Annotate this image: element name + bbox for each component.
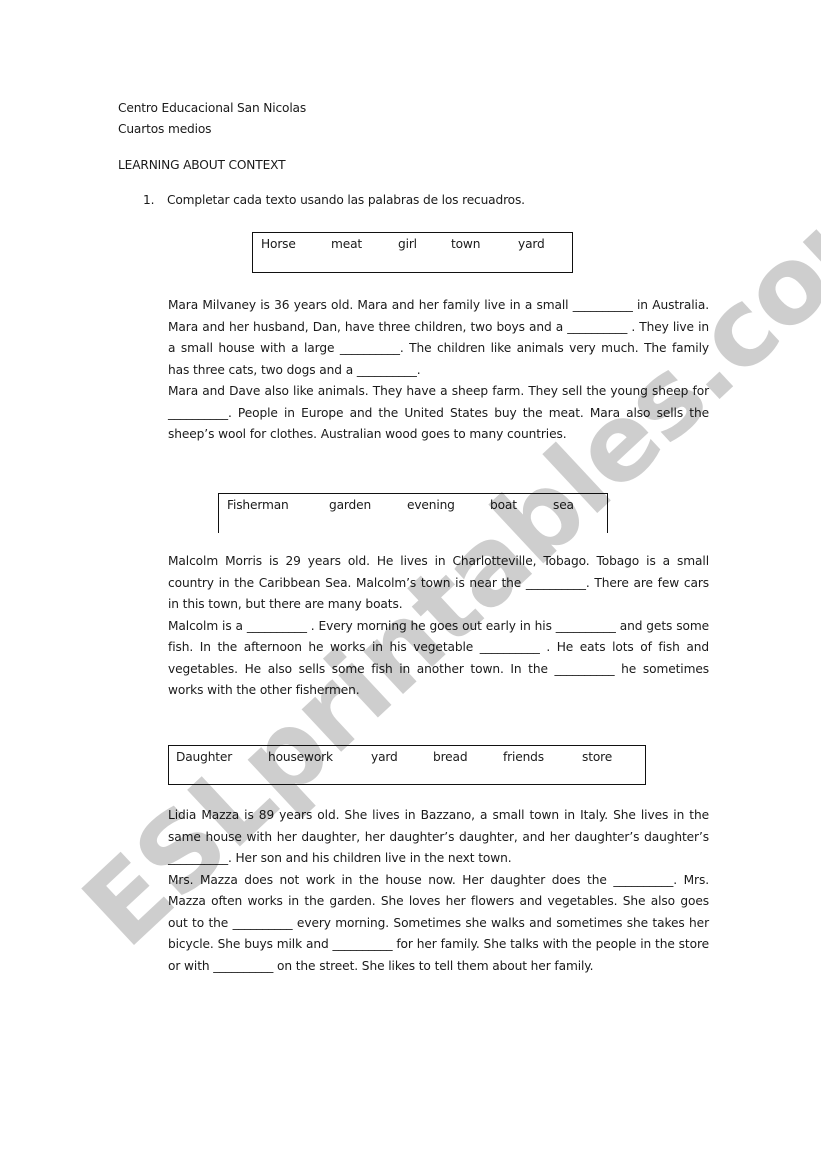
worksheet-title: LEARNING ABOUT CONTEXT <box>118 157 285 173</box>
instruction-number: 1. <box>143 192 167 208</box>
instruction-text: Completar cada texto usando las palabras… <box>167 193 525 207</box>
worksheet-page: Centro Educacional San Nicolas Cuartos m… <box>0 0 821 1169</box>
story-paragraph: Mara and Dave also like animals. They ha… <box>168 381 709 446</box>
instruction: 1.Completar cada texto usando las palabr… <box>143 192 525 208</box>
story-paragraph: Mara Milvaney is 36 years old. Mara and … <box>168 295 709 381</box>
word-bank-item: housework <box>268 749 333 765</box>
story-lidia: Lidia Mazza is 89 years old. She lives i… <box>168 805 709 977</box>
word-bank-item: Fisherman <box>227 497 289 513</box>
word-bank-item: girl <box>398 236 417 252</box>
word-bank-item: garden <box>329 497 371 513</box>
word-bank-item: meat <box>331 236 362 252</box>
word-bank-2: Fisherman garden evening boat sea <box>218 493 608 533</box>
story-paragraph: Malcolm is a __________ . Every morning … <box>168 616 709 702</box>
word-bank-item: Daughter <box>176 749 232 765</box>
story-malcolm: Malcolm Morris is 29 years old. He lives… <box>168 551 709 702</box>
word-bank-item: yard <box>371 749 398 765</box>
story-paragraph: Lidia Mazza is 89 years old. She lives i… <box>168 805 709 870</box>
story-mara: Mara Milvaney is 36 years old. Mara and … <box>168 295 709 446</box>
story-paragraph: Malcolm Morris is 29 years old. He lives… <box>168 551 709 616</box>
word-bank-1: Horse meat girl town yard <box>252 232 573 273</box>
story-paragraph: Mrs. Mazza does not work in the house no… <box>168 870 709 978</box>
word-bank-item: friends <box>503 749 544 765</box>
school-name: Centro Educacional San Nicolas <box>118 100 306 116</box>
word-bank-item: town <box>451 236 480 252</box>
grade-level: Cuartos medios <box>118 121 211 137</box>
word-bank-item: boat <box>490 497 517 513</box>
word-bank-item: Horse <box>261 236 296 252</box>
word-bank-item: store <box>582 749 612 765</box>
word-bank-item: yard <box>518 236 545 252</box>
word-bank-item: sea <box>553 497 574 513</box>
word-bank-item: bread <box>433 749 467 765</box>
word-bank-item: evening <box>407 497 455 513</box>
word-bank-3: Daughter housework yard bread friends st… <box>168 745 646 785</box>
